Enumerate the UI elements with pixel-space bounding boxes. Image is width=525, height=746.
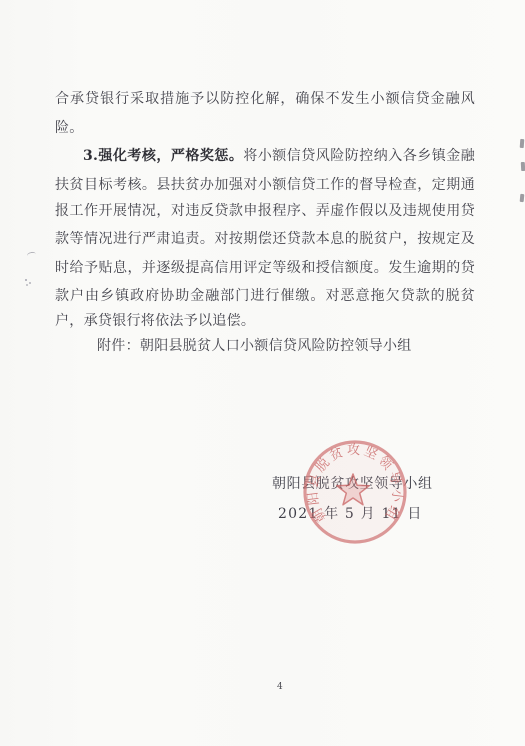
body-text-line: 款等情况进行严肃追责。对按期偿还贷款本息的脱贫户，按规定及 (55, 231, 475, 248)
body-text-line: 险。 (55, 120, 475, 137)
scan-speck (25, 279, 27, 281)
scan-edge-mark (521, 162, 525, 171)
body-text-line: 扶贫目标考核。县扶贫办加强对小额信贷工作的督导检查，定期通 (55, 177, 475, 194)
body-text-line: 时给予贴息，并逐级提高信用评定等级和授信额度。发生逾期的贷 (55, 260, 475, 277)
body-text-line: 款户由乡镇政府协助金融部门进行催缴。对恶意拖欠贷款的脱贫 (55, 288, 475, 305)
body-text-line: 合承贷银行采取措施予以防控化解，确保不发生小额信贷金融风 (55, 91, 475, 108)
body-text-run: 将小额信贷风险防控纳入各乡镇金融 (243, 148, 475, 164)
page-number: 4 (277, 682, 283, 692)
body-text-line: 户，承贷银行将依法予以追偿。 (55, 313, 475, 330)
scan-speck (26, 251, 36, 259)
body-text-line: 报工作开展情况，对违反贷款申报程序、弄虚作假以及违规使用贷 (55, 203, 475, 220)
body-text-line: 3.强化考核，严格奖惩。将小额信贷风险防控纳入各乡镇金融 (55, 148, 475, 165)
document-page: 合承贷银行采取措施予以防控化解，确保不发生小额信贷金融风 险。 3.强化考核，严… (0, 0, 525, 746)
official-seal: 朝阳县脱贫攻坚领导小组 (299, 436, 411, 548)
attachment-line: 附件：朝阳县脱贫人口小额信贷风险防控领导小组 (97, 338, 412, 355)
bold-heading-run: 3.强化考核，严格奖惩。 (83, 148, 243, 164)
scan-edge-mark (520, 139, 525, 148)
scan-edge-mark (520, 194, 525, 202)
